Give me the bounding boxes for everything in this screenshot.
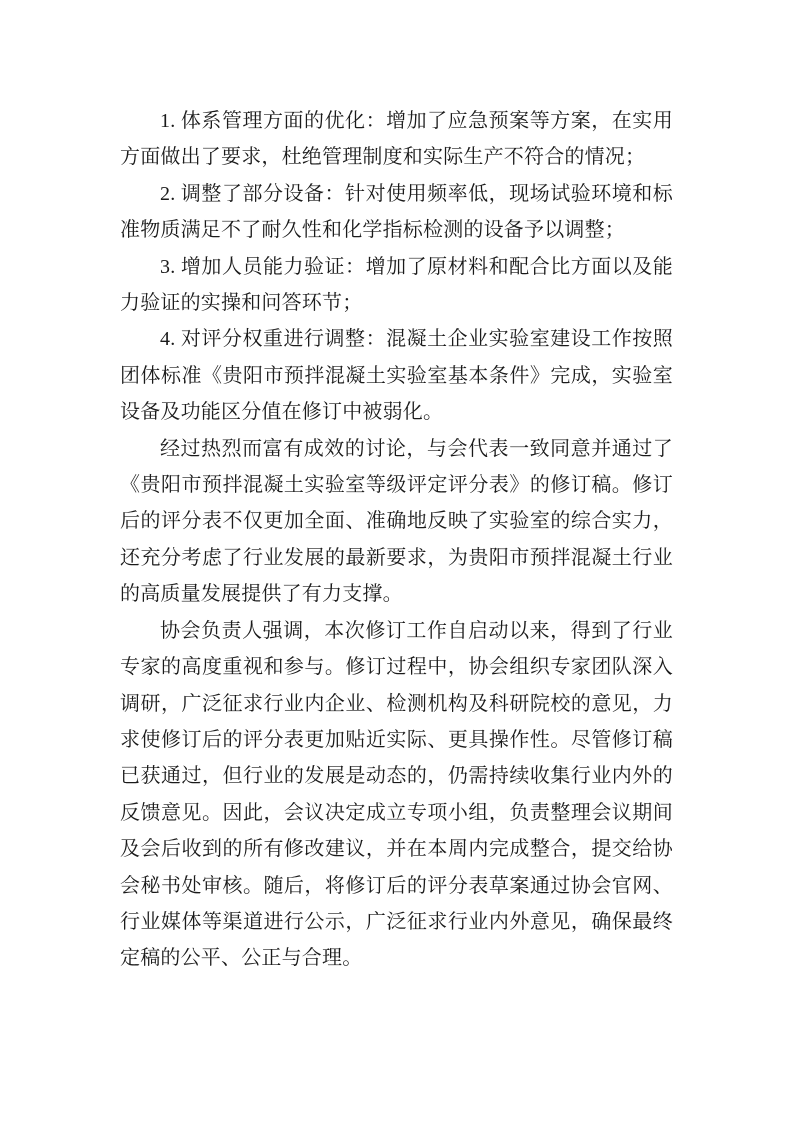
body-paragraph-followup: 协会负责人强调，本次修订工作自启动以来，得到了行业专家的高度重视和参与。修订过程… [120, 613, 673, 977]
numbered-item-2: 2. 调整了部分设备：针对使用频率低，现场试验环境和标准物质满足不了耐久性和化学… [120, 176, 673, 249]
numbered-item-1: 1. 体系管理方面的优化：增加了应急预案等方案，在实用方面做出了要求，杜绝管理制… [120, 103, 673, 176]
document-page: 1. 体系管理方面的优化：增加了应急预案等方案，在实用方面做出了要求，杜绝管理制… [0, 0, 793, 1122]
numbered-item-3: 3. 增加人员能力验证：增加了原材料和配合比方面以及能力验证的实操和问答环节； [120, 249, 673, 322]
body-paragraph-approval: 经过热烈而富有成效的讨论，与会代表一致同意并通过了《贵阳市预拌混凝土实验室等级评… [120, 431, 673, 613]
numbered-item-4: 4. 对评分权重进行调整：混凝土企业实验室建设工作按照团体标准《贵阳市预拌混凝土… [120, 321, 673, 430]
document-body: 1. 体系管理方面的优化：增加了应急预案等方案，在实用方面做出了要求，杜绝管理制… [120, 103, 673, 977]
